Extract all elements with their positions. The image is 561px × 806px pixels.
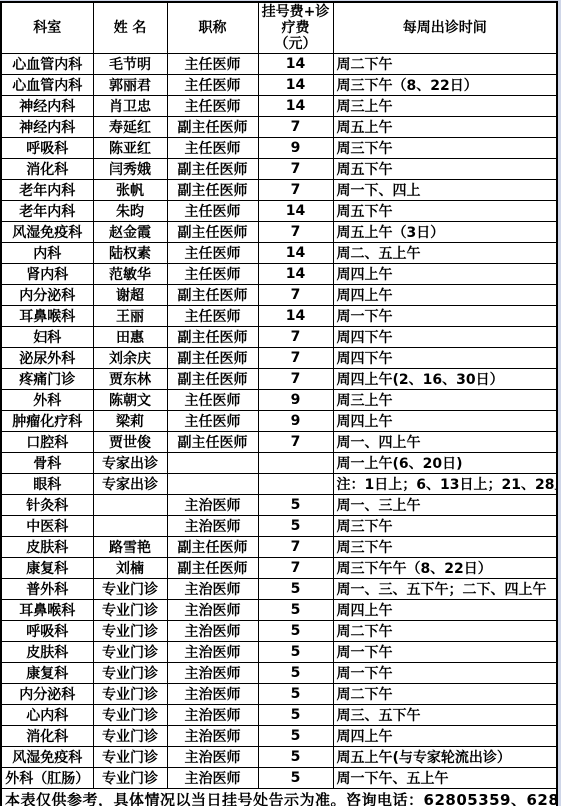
outpatient-schedule-table: 科室 姓 名 职称 挂号费+诊 疗费 （元） 每周出诊时间 心血管内科毛节明主任… [0, 1, 558, 806]
schedule-cell: 周一下午 [333, 642, 557, 663]
table-row: 妇科田惠副主任医师7周四下午 [1, 327, 557, 348]
name-cell: 张帆 [93, 180, 167, 201]
name-cell: 专业门诊 [93, 768, 167, 789]
dept-cell: 呼吸科 [1, 138, 93, 159]
fee-cell: 14 [258, 201, 333, 222]
table-row: 呼吸科专业门诊主治医师5周二下午 [1, 621, 557, 642]
table-row: 耳鼻喉科专业门诊主治医师5周四上午 [1, 600, 557, 621]
fee-cell: 5 [258, 747, 333, 768]
dept-cell: 骨科 [1, 453, 93, 474]
table-row: 康复科刘楠副主任医师7周三下午午（8、22日） [1, 558, 557, 579]
title-cell: 副主任医师 [167, 558, 258, 579]
dept-cell: 肾内科 [1, 264, 93, 285]
table-row: 耳鼻喉科王丽主任医师14周一下午 [1, 306, 557, 327]
title-cell: 主治医师 [167, 705, 258, 726]
title-cell: 副主任医师 [167, 369, 258, 390]
dept-cell: 口腔科 [1, 432, 93, 453]
page: { "colors": { "page_background": "#cfd6e… [0, 0, 561, 806]
dept-cell: 针灸科 [1, 495, 93, 516]
dept-cell: 老年内科 [1, 180, 93, 201]
dept-cell: 外科 [1, 390, 93, 411]
name-cell: 肖卫忠 [93, 96, 167, 117]
table-row: 心内科专业门诊主治医师5周三、五下午 [1, 705, 557, 726]
table-row: 皮肤科路雪艳副主任医师7周三下午 [1, 537, 557, 558]
table-row: 皮肤科专业门诊主治医师5周一下午 [1, 642, 557, 663]
fee-cell: 14 [258, 243, 333, 264]
title-cell [167, 474, 258, 495]
fee-cell: 7 [258, 369, 333, 390]
name-cell: 王丽 [93, 306, 167, 327]
schedule-cell: 周三下午 [333, 537, 557, 558]
schedule-cell: 周一下午、五上午 [333, 768, 557, 789]
name-cell: 毛节明 [93, 54, 167, 75]
schedule-cell: 周一、三、五下午；二下、四上午 [333, 579, 557, 600]
title-cell: 主任医师 [167, 54, 258, 75]
dept-cell: 肿瘤化疗科 [1, 411, 93, 432]
footer-row: 本表仅供参考，具体情况以当日挂号处告示为准。咨询电话：62805359、6280… [1, 789, 557, 806]
fee-cell: 14 [258, 96, 333, 117]
fee-cell: 14 [258, 75, 333, 96]
dept-cell: 康复科 [1, 558, 93, 579]
fee-cell: 14 [258, 54, 333, 75]
fee-cell: 9 [258, 138, 333, 159]
schedule-cell: 周一下午 [333, 306, 557, 327]
title-cell: 副主任医师 [167, 432, 258, 453]
fee-cell: 7 [258, 180, 333, 201]
dept-cell: 风湿免疫科 [1, 222, 93, 243]
dept-cell: 皮肤科 [1, 537, 93, 558]
fee-cell [258, 474, 333, 495]
title-cell: 副主任医师 [167, 285, 258, 306]
header-name: 姓 名 [93, 2, 167, 54]
name-cell: 路雪艳 [93, 537, 167, 558]
schedule-cell: 周五上午(与专家轮流出诊） [333, 747, 557, 768]
schedule-cell: 周四下午 [333, 348, 557, 369]
schedule-cell: 周四上午 [333, 726, 557, 747]
dept-cell: 心血管内科 [1, 54, 93, 75]
fee-cell: 7 [258, 285, 333, 306]
dept-cell: 耳鼻喉科 [1, 600, 93, 621]
schedule-cell: 周四下午 [333, 327, 557, 348]
title-cell: 副主任医师 [167, 159, 258, 180]
name-cell: 梁莉 [93, 411, 167, 432]
name-cell: 贾东林 [93, 369, 167, 390]
name-cell: 专家出诊 [93, 453, 167, 474]
title-cell: 副主任医师 [167, 537, 258, 558]
dept-cell: 内科 [1, 243, 93, 264]
schedule-cell: 周一下午 [333, 663, 557, 684]
schedule-cell: 周三上午 [333, 96, 557, 117]
name-cell: 专业门诊 [93, 579, 167, 600]
table-row: 口腔科贾世俊副主任医师7周一、四上午 [1, 432, 557, 453]
table-row: 老年内科张帆副主任医师7周一下、四上 [1, 180, 557, 201]
fee-cell: 5 [258, 495, 333, 516]
dept-cell: 中医科 [1, 516, 93, 537]
title-cell: 主治医师 [167, 600, 258, 621]
table-row: 心血管内科毛节明主任医师14周二下午 [1, 54, 557, 75]
name-cell: 赵金霞 [93, 222, 167, 243]
fee-cell: 5 [258, 579, 333, 600]
schedule-cell: 注：1日上；6、13日上；21、28上 [333, 474, 557, 495]
name-cell: 专业门诊 [93, 600, 167, 621]
table-row: 泌尿外科刘余庆副主任医师7周四下午 [1, 348, 557, 369]
name-cell: 陆权素 [93, 243, 167, 264]
table-row: 消化科专业门诊主治医师5周四上午 [1, 726, 557, 747]
dept-cell: 内分泌科 [1, 285, 93, 306]
dept-cell: 消化科 [1, 726, 93, 747]
table-row: 呼吸科陈亚红主任医师9周三下午 [1, 138, 557, 159]
schedule-cell: 周四上午 [333, 600, 557, 621]
name-cell: 范敏华 [93, 264, 167, 285]
title-cell: 副主任医师 [167, 348, 258, 369]
name-cell: 田惠 [93, 327, 167, 348]
fee-cell: 5 [258, 705, 333, 726]
table-row: 针灸科主治医师5周一、三上午 [1, 495, 557, 516]
name-cell: 寿延红 [93, 117, 167, 138]
name-cell: 专业门诊 [93, 684, 167, 705]
fee-cell: 7 [258, 432, 333, 453]
table-row: 老年内科朱昀主任医师14周五下午 [1, 201, 557, 222]
fee-cell: 9 [258, 411, 333, 432]
dept-cell: 耳鼻喉科 [1, 306, 93, 327]
name-cell: 闫秀娥 [93, 159, 167, 180]
name-cell [93, 495, 167, 516]
name-cell: 贾世俊 [93, 432, 167, 453]
table-row: 中医科主治医师5周三下午 [1, 516, 557, 537]
header-row: 科室 姓 名 职称 挂号费+诊 疗费 （元） 每周出诊时间 [1, 2, 557, 54]
dept-cell: 疼痛门诊 [1, 369, 93, 390]
table-row: 神经内科寿延红副主任医师7周五上午 [1, 117, 557, 138]
title-cell: 主治医师 [167, 621, 258, 642]
schedule-cell: 周三下午 [333, 138, 557, 159]
schedule-cell: 周四上午 [333, 264, 557, 285]
dept-cell: 消化科 [1, 159, 93, 180]
dept-cell: 内分泌科 [1, 684, 93, 705]
fee-cell: 14 [258, 306, 333, 327]
title-cell: 主治医师 [167, 726, 258, 747]
fee-cell: 5 [258, 663, 333, 684]
dept-cell: 呼吸科 [1, 621, 93, 642]
header-fee: 挂号费+诊 疗费 （元） [258, 2, 333, 54]
dept-cell: 神经内科 [1, 96, 93, 117]
title-cell: 主任医师 [167, 201, 258, 222]
title-cell: 主任医师 [167, 243, 258, 264]
name-cell: 专业门诊 [93, 705, 167, 726]
dept-cell: 康复科 [1, 663, 93, 684]
schedule-cell: 周四上午 [333, 411, 557, 432]
schedule-cell: 周一上午(6、20日) [333, 453, 557, 474]
fee-cell: 7 [258, 558, 333, 579]
name-cell: 谢超 [93, 285, 167, 306]
fee-cell: 7 [258, 327, 333, 348]
schedule-cell: 周三、五下午 [333, 705, 557, 726]
table-row: 神经内科肖卫忠主任医师14周三上午 [1, 96, 557, 117]
schedule-cell: 周三下午 [333, 516, 557, 537]
dept-cell: 风湿免疫科 [1, 747, 93, 768]
table-row: 内分泌科专业门诊主治医师5周二下午 [1, 684, 557, 705]
name-cell: 陈朝文 [93, 390, 167, 411]
fee-cell: 14 [258, 264, 333, 285]
title-cell: 主任医师 [167, 390, 258, 411]
dept-cell: 神经内科 [1, 117, 93, 138]
name-cell: 专家出诊 [93, 474, 167, 495]
name-cell: 朱昀 [93, 201, 167, 222]
schedule-cell: 周四上午 [333, 285, 557, 306]
schedule-cell: 周二、五上午 [333, 243, 557, 264]
fee-cell: 5 [258, 516, 333, 537]
table-row: 骨科专家出诊周一上午(6、20日) [1, 453, 557, 474]
schedule-cell: 周五上午 [333, 117, 557, 138]
name-cell: 专业门诊 [93, 726, 167, 747]
fee-cell: 5 [258, 726, 333, 747]
fee-cell: 5 [258, 642, 333, 663]
schedule-cell: 周二下午 [333, 621, 557, 642]
dept-cell: 心血管内科 [1, 75, 93, 96]
schedule-cell: 周五下午 [333, 159, 557, 180]
table-row: 消化科闫秀娥副主任医师7周五下午 [1, 159, 557, 180]
schedule-cell: 周二下午 [333, 684, 557, 705]
dept-cell: 妇科 [1, 327, 93, 348]
table-row: 风湿免疫科专业门诊主治医师5周五上午(与专家轮流出诊） [1, 747, 557, 768]
dept-cell: 泌尿外科 [1, 348, 93, 369]
dept-cell: 老年内科 [1, 201, 93, 222]
table-footer: 本表仅供参考，具体情况以当日挂号处告示为准。咨询电话：62805359、6280… [1, 789, 557, 806]
table-row: 疼痛门诊贾东林副主任医师7周四上午(2、16、30日） [1, 369, 557, 390]
title-cell: 主治医师 [167, 579, 258, 600]
fee-cell: 9 [258, 390, 333, 411]
schedule-cell: 周五上午（3日） [333, 222, 557, 243]
fee-cell: 7 [258, 222, 333, 243]
fee-cell: 7 [258, 159, 333, 180]
title-cell: 主任医师 [167, 411, 258, 432]
title-cell: 副主任医师 [167, 117, 258, 138]
schedule-cell: 周一、三上午 [333, 495, 557, 516]
schedule-cell: 周一下、四上 [333, 180, 557, 201]
name-cell: 郭丽君 [93, 75, 167, 96]
dept-cell: 皮肤科 [1, 642, 93, 663]
table-row: 普外科专业门诊主治医师5周一、三、五下午；二下、四上午 [1, 579, 557, 600]
name-cell: 专业门诊 [93, 663, 167, 684]
name-cell: 专业门诊 [93, 747, 167, 768]
fee-cell: 5 [258, 621, 333, 642]
title-cell: 主治医师 [167, 768, 258, 789]
title-cell: 副主任医师 [167, 222, 258, 243]
title-cell [167, 453, 258, 474]
table-row: 内科陆权素主任医师14周二、五上午 [1, 243, 557, 264]
fee-cell: 7 [258, 117, 333, 138]
schedule-rows: 心血管内科毛节明主任医师14周二下午心血管内科郭丽君主任医师14周三下午（8、2… [1, 54, 557, 789]
title-cell: 主任医师 [167, 264, 258, 285]
title-cell: 主任医师 [167, 75, 258, 96]
name-cell: 专业门诊 [93, 621, 167, 642]
dept-cell: 外科（肛肠） [1, 768, 93, 789]
title-cell: 主治医师 [167, 684, 258, 705]
title-cell: 主治医师 [167, 747, 258, 768]
title-cell: 主任医师 [167, 306, 258, 327]
name-cell: 专业门诊 [93, 642, 167, 663]
table-row: 外科（肛肠）专业门诊主治医师5周一下午、五上午 [1, 768, 557, 789]
name-cell: 陈亚红 [93, 138, 167, 159]
table-row: 肿瘤化疗科梁莉主任医师9周四上午 [1, 411, 557, 432]
name-cell: 刘楠 [93, 558, 167, 579]
schedule-cell: 周三下午午（8、22日） [333, 558, 557, 579]
table-row: 风湿免疫科赵金霞副主任医师7周五上午（3日） [1, 222, 557, 243]
table-row: 康复科专业门诊主治医师5周一下午 [1, 663, 557, 684]
title-cell: 主任医师 [167, 138, 258, 159]
schedule-cell: 周三下午（8、22日） [333, 75, 557, 96]
title-cell: 副主任医师 [167, 327, 258, 348]
table-row: 肾内科范敏华主任医师14周四上午 [1, 264, 557, 285]
title-cell: 副主任医师 [167, 180, 258, 201]
schedule-cell: 周四上午(2、16、30日） [333, 369, 557, 390]
fee-cell: 7 [258, 537, 333, 558]
table-row: 心血管内科郭丽君主任医师14周三下午（8、22日） [1, 75, 557, 96]
header-dept: 科室 [1, 2, 93, 54]
schedule-cell: 周一、四上午 [333, 432, 557, 453]
dept-cell: 心内科 [1, 705, 93, 726]
footer-note: 本表仅供参考，具体情况以当日挂号处告示为准。咨询电话：62805359、6280… [1, 789, 557, 806]
header-title: 职称 [167, 2, 258, 54]
title-cell: 主治医师 [167, 495, 258, 516]
name-cell [93, 516, 167, 537]
table-row: 眼科专家出诊注：1日上；6、13日上；21、28上 [1, 474, 557, 495]
schedule-cell: 周二下午 [333, 54, 557, 75]
title-cell: 主治医师 [167, 516, 258, 537]
schedule-cell: 周三上午 [333, 390, 557, 411]
dept-cell: 眼科 [1, 474, 93, 495]
header-schedule: 每周出诊时间 [333, 2, 557, 54]
fee-cell: 5 [258, 684, 333, 705]
title-cell: 主治医师 [167, 663, 258, 684]
name-cell: 刘余庆 [93, 348, 167, 369]
fee-cell: 7 [258, 348, 333, 369]
title-cell: 主治医师 [167, 642, 258, 663]
fee-cell: 5 [258, 600, 333, 621]
fee-cell: 5 [258, 768, 333, 789]
table-row: 内分泌科谢超副主任医师7周四上午 [1, 285, 557, 306]
fee-cell [258, 453, 333, 474]
dept-cell: 普外科 [1, 579, 93, 600]
title-cell: 主任医师 [167, 96, 258, 117]
table-row: 外科陈朝文主任医师9周三上午 [1, 390, 557, 411]
table-header: 科室 姓 名 职称 挂号费+诊 疗费 （元） 每周出诊时间 [1, 2, 557, 54]
schedule-cell: 周五下午 [333, 201, 557, 222]
